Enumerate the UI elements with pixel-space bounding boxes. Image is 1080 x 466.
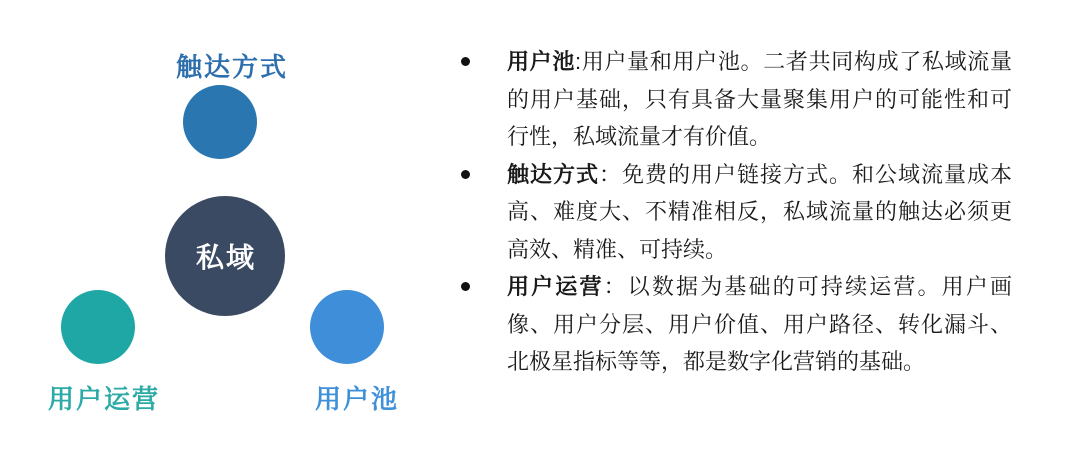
bullet-separator: ： xyxy=(599,162,622,187)
node-label-touch-method: 触达方式 xyxy=(157,47,307,84)
node-label-user-operation: 用户运营 xyxy=(29,379,179,416)
bullet-term: 用户池 xyxy=(507,49,575,74)
circle-touch-method xyxy=(183,85,257,159)
bullet-item-user-operation: 用户运营：以数据为基础的可持续运营。用户画像、用户分层、用户价值、用户路径、转化… xyxy=(440,268,1012,381)
bullet-dot xyxy=(461,282,470,291)
bullet-description: 用户量和用户池。二者共同构成了私域流量的用户基础，只有具备大量聚集用户的可能性和… xyxy=(507,49,1012,149)
center-node-label: 私域 xyxy=(194,236,256,276)
slide-canvas: 触达方式 私域 用户运营 用户池 用户池:用户量和用户池。二者共同构成了私域流量… xyxy=(0,0,1080,466)
bullet-term: 触达方式 xyxy=(507,162,599,187)
bullet-item-touch-method: 触达方式：免费的用户链接方式。和公域流量成本高、难度大、不精准相反，私域流量的触… xyxy=(440,156,1012,269)
bullet-list: 用户池:用户量和用户池。二者共同构成了私域流量的用户基础，只有具备大量聚集用户的… xyxy=(440,43,1012,381)
circle-user-pool xyxy=(310,290,384,364)
private-domain-diagram: 触达方式 私域 用户运营 用户池 xyxy=(0,0,440,466)
circle-user-operation xyxy=(61,290,135,364)
node-label-user-pool: 用户池 xyxy=(282,379,432,416)
bullet-separator: ： xyxy=(604,274,628,299)
bullet-dot xyxy=(461,57,470,66)
circle-private-domain: 私域 xyxy=(165,196,285,316)
bullet-term: 用户运营 xyxy=(507,274,604,299)
bullet-dot xyxy=(461,170,470,179)
bullet-item-user-pool: 用户池:用户量和用户池。二者共同构成了私域流量的用户基础，只有具备大量聚集用户的… xyxy=(440,43,1012,156)
